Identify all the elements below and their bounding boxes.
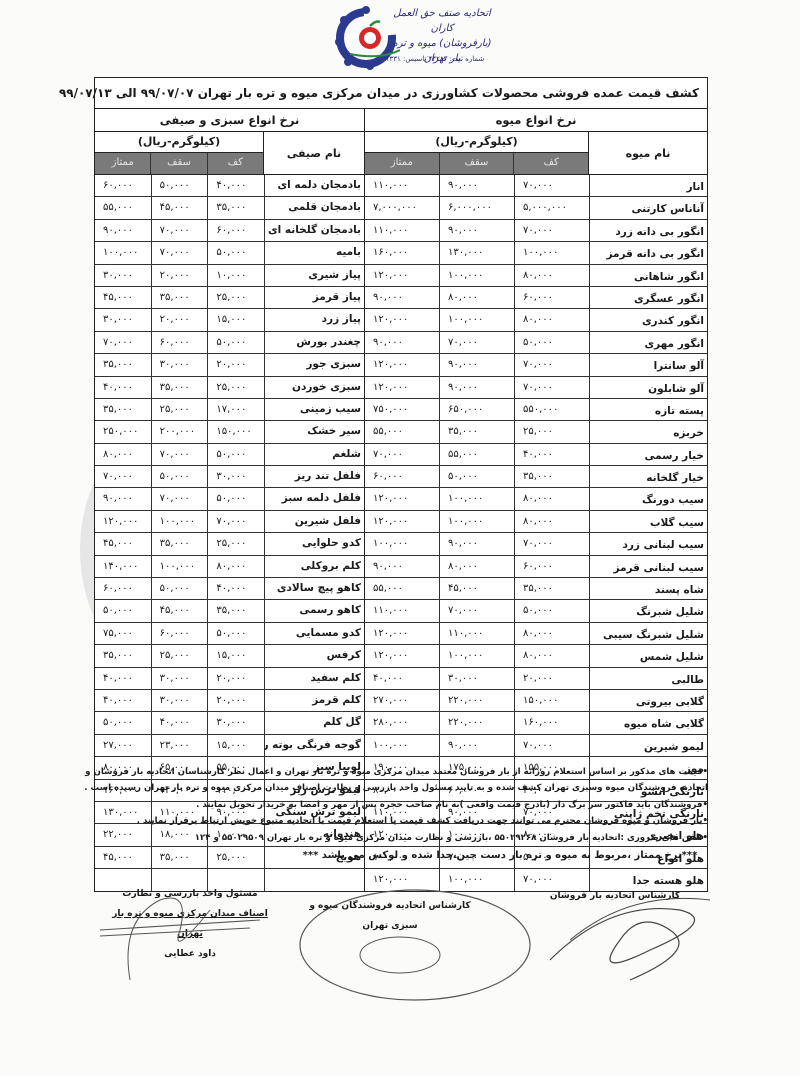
item-name: بادمجان قلمی xyxy=(264,197,364,218)
premium-footnote: ***نرخ ممتاز ،مربوط به میوه و تره بار دس… xyxy=(280,850,720,861)
price-premium: ۱۶۰,۰۰۰ xyxy=(365,242,439,263)
item-name: فلفل دلمه سبز xyxy=(264,488,364,509)
veg-name-header: نام صیفی xyxy=(263,132,364,174)
price-min: ۵۵۰,۰۰۰ xyxy=(514,399,589,420)
veg-max-header: سقف xyxy=(150,153,206,174)
price-min: ۱۰۰,۰۰۰ xyxy=(514,242,589,263)
price-min: ۸۰,۰۰۰ xyxy=(514,511,589,532)
item-name: کاهو رسمی xyxy=(264,600,364,621)
price-min: ۳۵,۰۰۰ xyxy=(207,197,264,218)
veg-row: کاهو پیچ سالادی۴۰,۰۰۰۵۰,۰۰۰۶۰,۰۰۰ xyxy=(95,578,364,600)
item-name: شلیل شبرنگ xyxy=(589,600,707,621)
veg-row: فلفل تند ریز۳۰,۰۰۰۵۰,۰۰۰۷۰,۰۰۰ xyxy=(95,466,364,488)
price-max: ۹۰,۰۰۰ xyxy=(439,533,514,554)
price-premium: ۸۰,۰۰۰ xyxy=(95,444,151,465)
price-min: ۵۰,۰۰۰ xyxy=(207,488,264,509)
price-premium: ۱۱۰,۰۰۰ xyxy=(365,175,439,196)
note-line: •بار فروشان و میوه فروشان محترم می توانن… xyxy=(96,813,708,829)
price-min: ۷۰,۰۰۰ xyxy=(514,175,589,196)
fruit-section-title: نرخ انواع میوه xyxy=(365,109,707,132)
fruit-row: خیار گلخانه۳۵,۰۰۰۵۰,۰۰۰۶۰,۰۰۰ xyxy=(365,466,707,488)
fruit-name-header: نام میوه xyxy=(588,132,707,174)
price-premium: ۴۰,۰۰۰ xyxy=(95,690,151,711)
price-max: ۲۰,۰۰۰ xyxy=(151,309,208,330)
fruit-row: سیب لبنانی زرد۷۰,۰۰۰۹۰,۰۰۰۱۰۰,۰۰۰ xyxy=(365,533,707,555)
item-name: سبزی جور xyxy=(264,354,364,375)
price-premium: ۲۷,۰۰۰ xyxy=(95,735,151,756)
price-min: ۳۵,۰۰۰ xyxy=(514,578,589,599)
price-max: ۳۵,۰۰۰ xyxy=(439,421,514,442)
item-name: سیب لبنانی زرد xyxy=(589,533,707,554)
note-line: •فروشندگان باید فاکتور سر برگ دار (بادرج… xyxy=(96,797,708,813)
price-premium: ۷۰,۰۰۰ xyxy=(365,444,439,465)
price-premium: ۲۸۰,۰۰۰ xyxy=(365,712,439,733)
fruit-row: گلابی شاه میوه۱۶۰,۰۰۰۲۲۰,۰۰۰۲۸۰,۰۰۰ xyxy=(365,712,707,734)
item-name: کرفس xyxy=(264,645,364,666)
price-max: ۴۵,۰۰۰ xyxy=(151,197,208,218)
price-max: ۱۰۰,۰۰۰ xyxy=(439,488,514,509)
fruit-row: گلابی بیروتی۱۵۰,۰۰۰۲۲۰,۰۰۰۲۷۰,۰۰۰ xyxy=(365,690,707,712)
signer-name: داود عطایی xyxy=(100,944,280,964)
veg-section-title: نرخ انواع سبزی و صیفی xyxy=(95,109,364,132)
fruit-row: خربزه۲۵,۰۰۰۳۵,۰۰۰۵۵,۰۰۰ xyxy=(365,421,707,443)
veg-row: بادمجان گلخانه ای۶۰,۰۰۰۷۰,۰۰۰۹۰,۰۰۰ xyxy=(95,220,364,242)
price-min: ۳۰,۰۰۰ xyxy=(207,466,264,487)
price-premium: ۵۵,۰۰۰ xyxy=(365,578,439,599)
price-premium: ۴۵,۰۰۰ xyxy=(95,287,151,308)
price-min: ۲۵,۰۰۰ xyxy=(514,421,589,442)
veg-row: سبزی جور۲۰,۰۰۰۳۰,۰۰۰۳۵,۰۰۰ xyxy=(95,354,364,376)
item-name: فلفل تند ریز xyxy=(264,466,364,487)
fruit-premium-header: ممتاز xyxy=(365,153,439,174)
fruit-row: سیب دورنگ۸۰,۰۰۰۱۰۰,۰۰۰۱۲۰,۰۰۰ xyxy=(365,488,707,510)
price-max: ۷۰,۰۰۰ xyxy=(439,332,514,353)
price-premium: ۱۰۰,۰۰۰ xyxy=(365,533,439,554)
fruit-min-header: کف xyxy=(513,153,588,174)
fruit-row: انار۷۰,۰۰۰۹۰,۰۰۰۱۱۰,۰۰۰ xyxy=(365,175,707,197)
veg-row: گل کلم۳۰,۰۰۰۴۰,۰۰۰۵۰,۰۰۰ xyxy=(95,712,364,734)
price-max: ۱۰۰,۰۰۰ xyxy=(439,511,514,532)
price-premium: ۶۰,۰۰۰ xyxy=(95,175,151,196)
price-premium: ۴۵,۰۰۰ xyxy=(95,847,151,868)
veg-row: گوجه فرنگی بوته رس۱۵,۰۰۰۲۳,۰۰۰۲۷,۰۰۰ xyxy=(95,735,364,757)
price-min: ۷۰,۰۰۰ xyxy=(514,354,589,375)
price-max: ۱۰۰,۰۰۰ xyxy=(151,556,208,577)
veg-unit-label: (کیلوگرم-ریال) xyxy=(95,132,263,152)
veg-row: بادمجان قلمی۳۵,۰۰۰۴۵,۰۰۰۵۵,۰۰۰ xyxy=(95,197,364,219)
price-premium: ۶۰,۰۰۰ xyxy=(365,466,439,487)
price-max: ۱۰۰,۰۰۰ xyxy=(439,309,514,330)
item-name: گلابی بیروتی xyxy=(589,690,707,711)
price-min: ۱۵,۰۰۰ xyxy=(207,645,264,666)
price-premium: ۳۵,۰۰۰ xyxy=(95,645,151,666)
price-max: ۵۵,۰۰۰ xyxy=(439,444,514,465)
price-max: ۳۰,۰۰۰ xyxy=(439,668,514,689)
item-name: شلغم xyxy=(264,444,364,465)
price-min: ۳۵,۰۰۰ xyxy=(207,600,264,621)
item-name: انگور بی دانه زرد xyxy=(589,220,707,241)
price-min: ۸۰,۰۰۰ xyxy=(514,265,589,286)
org-name-line1: اتحادیه صنف حق العمل کاران xyxy=(392,6,492,36)
price-max: ۵۰,۰۰۰ xyxy=(439,466,514,487)
fruit-row: شلیل شبرنگ۵۰,۰۰۰۷۰,۰۰۰۱۱۰,۰۰۰ xyxy=(365,600,707,622)
price-min: ۷۰,۰۰۰ xyxy=(514,533,589,554)
item-name: بادمجان گلخانه ای xyxy=(264,220,364,241)
item-name: انگور کندری xyxy=(589,309,707,330)
fruit-row: آلو سانترا۷۰,۰۰۰۹۰,۰۰۰۱۲۰,۰۰۰ xyxy=(365,354,707,376)
price-min: ۱۵۰,۰۰۰ xyxy=(207,421,264,442)
price-premium: ۴۵,۰۰۰ xyxy=(95,533,151,554)
fruit-row: شلیل شبرنگ سیبی۸۰,۰۰۰۱۱۰,۰۰۰۱۲۰,۰۰۰ xyxy=(365,623,707,645)
signature-title-line2: اصناف میدان مرکزی میوه و تره بار تهران xyxy=(100,904,280,944)
price-max: ۲۲۰,۰۰۰ xyxy=(439,712,514,733)
price-premium: ۵۵,۰۰۰ xyxy=(95,197,151,218)
fruit-max-header: سقف xyxy=(439,153,514,174)
price-max: ۸۰,۰۰۰ xyxy=(439,556,514,577)
price-min: ۲۵,۰۰۰ xyxy=(207,287,264,308)
price-max: ۵۰,۰۰۰ xyxy=(151,578,208,599)
price-max: ۶۰,۰۰۰ xyxy=(151,332,208,353)
price-min: ۱۶۰,۰۰۰ xyxy=(514,712,589,733)
fruit-row: انگور شاهانی۸۰,۰۰۰۱۰۰,۰۰۰۱۲۰,۰۰۰ xyxy=(365,265,707,287)
veg-row: پیاز شیری۱۰,۰۰۰۲۰,۰۰۰۳۰,۰۰۰ xyxy=(95,265,364,287)
price-min: ۶۰,۰۰۰ xyxy=(514,556,589,577)
price-min: ۵۰,۰۰۰ xyxy=(514,332,589,353)
price-min: ۷۰,۰۰۰ xyxy=(207,511,264,532)
price-max: ۴۰,۰۰۰ xyxy=(151,712,208,733)
item-name: خیار گلخانه xyxy=(589,466,707,487)
price-max: ۶۰,۰۰۰ xyxy=(151,623,208,644)
fruit-row: آناناس کارتنی۵,۰۰۰,۰۰۰۶,۰۰۰,۰۰۰۷,۰۰۰,۰۰۰ xyxy=(365,197,707,219)
veg-row: پیاز زرد۱۵,۰۰۰۲۰,۰۰۰۳۰,۰۰۰ xyxy=(95,309,364,331)
price-premium: ۷۰,۰۰۰ xyxy=(95,332,151,353)
item-name: پسته تازه xyxy=(589,399,707,420)
price-premium: ۳۵,۰۰۰ xyxy=(95,354,151,375)
price-premium: ۳۰,۰۰۰ xyxy=(95,309,151,330)
price-premium: ۹۰,۰۰۰ xyxy=(365,332,439,353)
signature-inspection-officer: مسئول واحد بازرسی و نظارت اصناف میدان مر… xyxy=(100,884,280,964)
veg-row: سیر خشک۱۵۰,۰۰۰۲۰۰,۰۰۰۲۵۰,۰۰۰ xyxy=(95,421,364,443)
price-premium: ۱۲۰,۰۰۰ xyxy=(365,309,439,330)
item-name: آلو شابلون xyxy=(589,377,707,398)
price-min: ۴۰,۰۰۰ xyxy=(207,578,264,599)
veg-row: کرفس۱۵,۰۰۰۲۵,۰۰۰۳۵,۰۰۰ xyxy=(95,645,364,667)
price-premium: ۱۲۰,۰۰۰ xyxy=(365,354,439,375)
fruit-row: خیار رسمی۴۰,۰۰۰۵۵,۰۰۰۷۰,۰۰۰ xyxy=(365,444,707,466)
fruit-row: انگور بی دانه قرمز۱۰۰,۰۰۰۱۳۰,۰۰۰۱۶۰,۰۰۰ xyxy=(365,242,707,264)
price-min: ۲۵,۰۰۰ xyxy=(207,377,264,398)
fruit-row: انگور عسگری۶۰,۰۰۰۸۰,۰۰۰۹۰,۰۰۰ xyxy=(365,287,707,309)
price-max: ۳۵,۰۰۰ xyxy=(151,377,208,398)
fruit-row: انگور کندری۸۰,۰۰۰۱۰۰,۰۰۰۱۲۰,۰۰۰ xyxy=(365,309,707,331)
price-max: ۲۲۰,۰۰۰ xyxy=(439,690,514,711)
signature-title: کارشناس اتحادیه فروشندگان میوه و سبزی ته… xyxy=(300,896,480,936)
item-name: چغندر بورش xyxy=(264,332,364,353)
price-premium: ۵۰,۰۰۰ xyxy=(95,712,151,733)
price-max: ۲۰۰,۰۰۰ xyxy=(151,421,208,442)
price-max: ۳۵,۰۰۰ xyxy=(151,533,208,554)
price-max: ۱۳۰,۰۰۰ xyxy=(439,242,514,263)
item-name: آلو سانترا xyxy=(589,354,707,375)
price-premium: ۷۵۰,۰۰۰ xyxy=(365,399,439,420)
price-max: ۱۰۰,۰۰۰ xyxy=(151,511,208,532)
item-name: انگور عسگری xyxy=(589,287,707,308)
price-premium: ۱۲۰,۰۰۰ xyxy=(365,511,439,532)
price-max: ۳۰,۰۰۰ xyxy=(151,354,208,375)
price-premium: ۳۰,۰۰۰ xyxy=(95,265,151,286)
item-name: کاهو پیچ سالادی xyxy=(264,578,364,599)
price-min: ۷۰,۰۰۰ xyxy=(514,735,589,756)
veg-row: فلفل شیرین۷۰,۰۰۰۱۰۰,۰۰۰۱۲۰,۰۰۰ xyxy=(95,511,364,533)
fruit-unit-label: (کیلوگرم-ریال) xyxy=(365,132,588,152)
item-name: بامیه xyxy=(264,242,364,263)
price-max: ۲۳,۰۰۰ xyxy=(151,735,208,756)
price-max: ۲۰,۰۰۰ xyxy=(151,265,208,286)
price-max: ۵۰,۰۰۰ xyxy=(151,466,208,487)
item-name: سیب گلاب xyxy=(589,511,707,532)
signature-title: کارشناس اتحادیه بار فروشان xyxy=(540,886,690,906)
price-premium: ۱۱۰,۰۰۰ xyxy=(365,220,439,241)
item-name: فلفل شیرین xyxy=(264,511,364,532)
price-premium: ۹۰,۰۰۰ xyxy=(95,220,151,241)
price-max: ۹۰,۰۰۰ xyxy=(439,735,514,756)
fruit-header: نرخ انواع میوه نام میوه (کیلوگرم-ریال) ک… xyxy=(364,109,707,174)
price-max: ۳۰,۰۰۰ xyxy=(151,668,208,689)
notes: •قیمت های مذکور بر اساس استعلام روزانه ا… xyxy=(96,764,708,846)
price-max: ۹۰,۰۰۰ xyxy=(439,220,514,241)
price-min: ۴۰,۰۰۰ xyxy=(514,444,589,465)
fruit-row: شلیل شمس۸۰,۰۰۰۱۰۰,۰۰۰۱۲۰,۰۰۰ xyxy=(365,645,707,667)
price-max: ۷۰,۰۰۰ xyxy=(439,600,514,621)
price-premium: ۹۰,۰۰۰ xyxy=(95,488,151,509)
note-line: اتحادیه فروشندگان میوه وسبزی تهران کشف ش… xyxy=(96,780,708,796)
price-min: ۵,۰۰۰,۰۰۰ xyxy=(514,197,589,218)
veg-row: کدو حلوایی۲۵,۰۰۰۳۵,۰۰۰۴۵,۰۰۰ xyxy=(95,533,364,555)
price-premium: ۴۰,۰۰۰ xyxy=(95,377,151,398)
item-name: خربزه xyxy=(589,421,707,442)
registration-number: شماره ثبت: ۴۴۲۸۲ تاسیس: ۱۳۳۱ xyxy=(380,55,490,63)
price-max: ۵۰,۰۰۰ xyxy=(151,175,208,196)
price-premium: ۲۷۰,۰۰۰ xyxy=(365,690,439,711)
price-premium: ۳۵,۰۰۰ xyxy=(95,399,151,420)
price-premium: ۱۴۰,۰۰۰ xyxy=(95,556,151,577)
price-max: ۶,۰۰۰,۰۰۰ xyxy=(439,197,514,218)
price-min: ۵۰,۰۰۰ xyxy=(514,600,589,621)
fruit-row: سیب گلاب۸۰,۰۰۰۱۰۰,۰۰۰۱۲۰,۰۰۰ xyxy=(365,511,707,533)
item-name: کدو حلوایی xyxy=(264,533,364,554)
veg-row: کاهو رسمی۳۵,۰۰۰۴۵,۰۰۰۵۰,۰۰۰ xyxy=(95,600,364,622)
price-min: ۲۰,۰۰۰ xyxy=(207,668,264,689)
price-min: ۱۵۰,۰۰۰ xyxy=(514,690,589,711)
price-min: ۱۵,۰۰۰ xyxy=(207,309,264,330)
note-line: •قیمت های مذکور بر اساس استعلام روزانه ا… xyxy=(96,764,708,780)
price-max: ۲۵,۰۰۰ xyxy=(151,399,208,420)
price-max: ۱۱۰,۰۰۰ xyxy=(439,623,514,644)
veg-row: سبزی خوردن۲۵,۰۰۰۳۵,۰۰۰۴۰,۰۰۰ xyxy=(95,377,364,399)
price-premium: ۱۲۰,۰۰۰ xyxy=(365,377,439,398)
price-min: ۱۰,۰۰۰ xyxy=(207,265,264,286)
veg-row: چغندر بورش۵۰,۰۰۰۶۰,۰۰۰۷۰,۰۰۰ xyxy=(95,332,364,354)
price-premium: ۵۰,۰۰۰ xyxy=(95,600,151,621)
price-min: ۷۰,۰۰۰ xyxy=(514,377,589,398)
price-premium: ۷۰,۰۰۰ xyxy=(95,466,151,487)
price-min: ۲۰,۰۰۰ xyxy=(207,354,264,375)
veg-row: فلفل دلمه سبز۵۰,۰۰۰۷۰,۰۰۰۹۰,۰۰۰ xyxy=(95,488,364,510)
veg-row: شلغم۵۰,۰۰۰۷۰,۰۰۰۸۰,۰۰۰ xyxy=(95,444,364,466)
item-name: خیار رسمی xyxy=(589,444,707,465)
price-max: ۳۰,۰۰۰ xyxy=(151,690,208,711)
price-min: ۶۰,۰۰۰ xyxy=(207,220,264,241)
item-name: سبزی خوردن xyxy=(264,377,364,398)
price-premium: ۴۰,۰۰۰ xyxy=(365,668,439,689)
price-max: ۱۰۰,۰۰۰ xyxy=(439,869,514,890)
signature-sellers-expert: کارشناس اتحادیه فروشندگان میوه و سبزی ته… xyxy=(300,896,480,936)
price-min: ۸۰,۰۰۰ xyxy=(514,623,589,644)
item-name: سیر خشک xyxy=(264,421,364,442)
price-max: ۴۵,۰۰۰ xyxy=(151,600,208,621)
price-max: ۴۵,۰۰۰ xyxy=(439,578,514,599)
price-min: ۵۰,۰۰۰ xyxy=(207,332,264,353)
price-max: ۲۵,۰۰۰ xyxy=(151,645,208,666)
fruit-row: شاه پسند۳۵,۰۰۰۴۵,۰۰۰۵۵,۰۰۰ xyxy=(365,578,707,600)
fruit-row: طالبی۲۰,۰۰۰۳۰,۰۰۰۴۰,۰۰۰ xyxy=(365,668,707,690)
item-name: آناناس کارتنی xyxy=(589,197,707,218)
item-name: سیب لبنانی قرمز xyxy=(589,556,707,577)
price-premium: ۱۲۰,۰۰۰ xyxy=(365,869,439,890)
item-name: پیاز زرد xyxy=(264,309,364,330)
price-premium: ۵۵,۰۰۰ xyxy=(365,421,439,442)
price-max: ۳۵,۰۰۰ xyxy=(151,287,208,308)
price-min: ۵۰,۰۰۰ xyxy=(207,444,264,465)
gear-apple-logo-icon xyxy=(330,2,400,74)
price-premium: ۷۵,۰۰۰ xyxy=(95,623,151,644)
price-max: ۳۵,۰۰۰ xyxy=(151,847,208,868)
veg-row: بادمجان دلمه ای۴۰,۰۰۰۵۰,۰۰۰۶۰,۰۰۰ xyxy=(95,175,364,197)
price-max: ۹۰,۰۰۰ xyxy=(439,377,514,398)
item-name: گل کلم xyxy=(264,712,364,733)
signature-title: مسئول واحد بازرسی و نظارت xyxy=(100,884,280,904)
item-name: پیاز شیری xyxy=(264,265,364,286)
item-name: شاه پسند xyxy=(589,578,707,599)
fruit-row: سیب لبنانی قرمز۶۰,۰۰۰۸۰,۰۰۰۹۰,۰۰۰ xyxy=(365,556,707,578)
fruit-row: پسته تازه۵۵۰,۰۰۰۶۵۰,۰۰۰۷۵۰,۰۰۰ xyxy=(365,399,707,421)
price-max: ۶۵۰,۰۰۰ xyxy=(439,399,514,420)
price-max: ۷۰,۰۰۰ xyxy=(151,220,208,241)
veg-row: پیاز قرمز۲۵,۰۰۰۳۵,۰۰۰۴۵,۰۰۰ xyxy=(95,287,364,309)
item-name: سیب دورنگ xyxy=(589,488,707,509)
item-name: کلم سفید xyxy=(264,668,364,689)
price-min: ۲۵,۰۰۰ xyxy=(207,847,264,868)
veg-min-header: کف xyxy=(207,153,263,174)
price-max: ۷۰,۰۰۰ xyxy=(151,444,208,465)
price-min: ۱۷,۰۰۰ xyxy=(207,399,264,420)
item-name: طالبی xyxy=(589,668,707,689)
veg-row: کدو مسمایی۵۰,۰۰۰۶۰,۰۰۰۷۵,۰۰۰ xyxy=(95,623,364,645)
price-min: ۷۰,۰۰۰ xyxy=(514,220,589,241)
price-premium: ۱۰۰,۰۰۰ xyxy=(365,735,439,756)
price-min: ۵۰,۰۰۰ xyxy=(207,242,264,263)
price-max: ۷۰,۰۰۰ xyxy=(151,242,208,263)
fruit-row: انگور بی دانه زرد۷۰,۰۰۰۹۰,۰۰۰۱۱۰,۰۰۰ xyxy=(365,220,707,242)
document-title: کشف قیمت عمده فروشی محصولات کشاورزی در م… xyxy=(95,78,707,109)
price-premium: ۱۲۰,۰۰۰ xyxy=(365,488,439,509)
item-name: انگور بی دانه قرمز xyxy=(589,242,707,263)
price-min: ۸۰,۰۰۰ xyxy=(514,488,589,509)
veg-row: بامیه۵۰,۰۰۰۷۰,۰۰۰۱۰۰,۰۰۰ xyxy=(95,242,364,264)
item-name: انگور شاهانی xyxy=(589,265,707,286)
price-min: ۱۵,۰۰۰ xyxy=(207,735,264,756)
veg-row: کلم بروکلی۸۰,۰۰۰۱۰۰,۰۰۰۱۴۰,۰۰۰ xyxy=(95,556,364,578)
price-premium: ۴۰,۰۰۰ xyxy=(95,668,151,689)
price-premium: ۱۲۰,۰۰۰ xyxy=(365,265,439,286)
item-name: پیاز قرمز xyxy=(264,287,364,308)
price-min: ۵۰,۰۰۰ xyxy=(207,623,264,644)
item-name: انار xyxy=(589,175,707,196)
item-name: لیمو شیرین xyxy=(589,735,707,756)
item-name: گلابی شاه میوه xyxy=(589,712,707,733)
price-max: ۸۰,۰۰۰ xyxy=(439,287,514,308)
price-max: ۹۰,۰۰۰ xyxy=(439,354,514,375)
item-name: کلم بروکلی xyxy=(264,556,364,577)
veg-row: سیب زمینی۱۷,۰۰۰۲۵,۰۰۰۳۵,۰۰۰ xyxy=(95,399,364,421)
price-premium: ۹۰,۰۰۰ xyxy=(365,287,439,308)
price-premium: ۲۵۰,۰۰۰ xyxy=(95,421,151,442)
item-name: شلیل شمس xyxy=(589,645,707,666)
item-name: انگور مهری xyxy=(589,332,707,353)
table-header: نرخ انواع میوه نام میوه (کیلوگرم-ریال) ک… xyxy=(95,109,707,174)
price-max: ۹۰,۰۰۰ xyxy=(439,175,514,196)
note-line: •تلفن های ضروری :اتحادیه بار فروشان ۵۵۰۲… xyxy=(96,830,708,846)
veg-header: نرخ انواع سبزی و صیفی نام صیفی (کیلوگرم-… xyxy=(95,109,364,174)
price-max: ۱۰۰,۰۰۰ xyxy=(439,645,514,666)
price-min: ۴۰,۰۰۰ xyxy=(207,175,264,196)
item-name: بادمجان دلمه ای xyxy=(264,175,364,196)
price-min: ۶۰,۰۰۰ xyxy=(514,287,589,308)
price-min: ۲۵,۰۰۰ xyxy=(207,533,264,554)
item-name: شلیل شبرنگ سیبی xyxy=(589,623,707,644)
price-min: ۳۰,۰۰۰ xyxy=(207,712,264,733)
price-premium: ۱۲۰,۰۰۰ xyxy=(95,511,151,532)
price-min: ۸۰,۰۰۰ xyxy=(514,645,589,666)
price-premium: ۷,۰۰۰,۰۰۰ xyxy=(365,197,439,218)
fruit-row: لیمو شیرین۷۰,۰۰۰۹۰,۰۰۰۱۰۰,۰۰۰ xyxy=(365,735,707,757)
signature-union-expert: کارشناس اتحادیه بار فروشان xyxy=(540,886,690,906)
price-min: ۸۰,۰۰۰ xyxy=(514,309,589,330)
price-premium: ۹۰,۰۰۰ xyxy=(365,556,439,577)
item-name: کدو مسمایی xyxy=(264,623,364,644)
price-premium: ۱۲۰,۰۰۰ xyxy=(365,645,439,666)
veg-premium-header: ممتاز xyxy=(95,153,150,174)
fruit-row: آلو شابلون۷۰,۰۰۰۹۰,۰۰۰۱۲۰,۰۰۰ xyxy=(365,377,707,399)
veg-row: کلم سفید۲۰,۰۰۰۳۰,۰۰۰۴۰,۰۰۰ xyxy=(95,668,364,690)
price-premium: ۱۱۰,۰۰۰ xyxy=(365,600,439,621)
price-max: ۷۰,۰۰۰ xyxy=(151,488,208,509)
price-min: ۲۰,۰۰۰ xyxy=(514,668,589,689)
item-name: کلم قرمز xyxy=(264,690,364,711)
price-max: ۱۰۰,۰۰۰ xyxy=(439,265,514,286)
price-min: ۳۵,۰۰۰ xyxy=(514,466,589,487)
price-min: ۸۰,۰۰۰ xyxy=(207,556,264,577)
item-name: سیب زمینی xyxy=(264,399,364,420)
fruit-row: انگور مهری۵۰,۰۰۰۷۰,۰۰۰۹۰,۰۰۰ xyxy=(365,332,707,354)
price-premium: ۱۲۰,۰۰۰ xyxy=(365,623,439,644)
item-name: گوجه فرنگی بوته رس xyxy=(264,735,364,756)
price-min: ۲۰,۰۰۰ xyxy=(207,690,264,711)
veg-row: کلم قرمز۲۰,۰۰۰۳۰,۰۰۰۴۰,۰۰۰ xyxy=(95,690,364,712)
price-premium: ۶۰,۰۰۰ xyxy=(95,578,151,599)
price-premium: ۱۰۰,۰۰۰ xyxy=(95,242,151,263)
